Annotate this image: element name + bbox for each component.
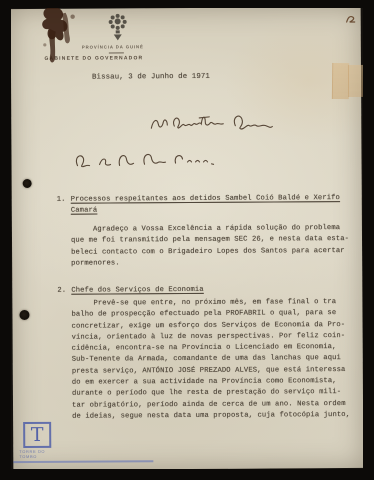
punch-hole bbox=[19, 310, 29, 320]
dateline: Bissau, 3 de Junho de 1971 bbox=[92, 72, 210, 84]
handwritten-salutation bbox=[147, 109, 275, 138]
section-2-body: Prevê-se que entre, no próximo mês, em f… bbox=[71, 297, 350, 423]
letterhead-rule bbox=[109, 52, 124, 53]
scan-artifact-line bbox=[13, 460, 153, 462]
handwritten-addressee bbox=[69, 146, 219, 177]
tape-stain bbox=[332, 63, 349, 99]
section-1-number: 1. bbox=[57, 195, 66, 206]
letter-paper: PROVÍNCIA DA GUINÉ GABINETE DO GOVERNADO… bbox=[11, 7, 364, 470]
punch-hole bbox=[23, 179, 32, 188]
archive-stamp: T bbox=[23, 422, 51, 448]
corner-annotation bbox=[345, 13, 359, 27]
ink-blot-stain bbox=[33, 5, 85, 69]
section-1-body: Agradeço a Vossa Excelência a rápida sol… bbox=[71, 223, 349, 270]
section-2-title: 2. Chefe dos Serviços de Economia bbox=[71, 285, 203, 297]
tape-stain bbox=[348, 65, 364, 97]
section-1-title: 1. Processos respeitantes aos detidos Sa… bbox=[71, 193, 340, 217]
letterhead-crest-icon bbox=[105, 10, 131, 42]
section-2-number: 2. bbox=[57, 286, 66, 297]
scanned-letter-page: { "page": { "kind": "typewritten letter,… bbox=[0, 0, 374, 480]
archive-stamp-caption: TORRE DO TOMBO bbox=[19, 449, 53, 459]
